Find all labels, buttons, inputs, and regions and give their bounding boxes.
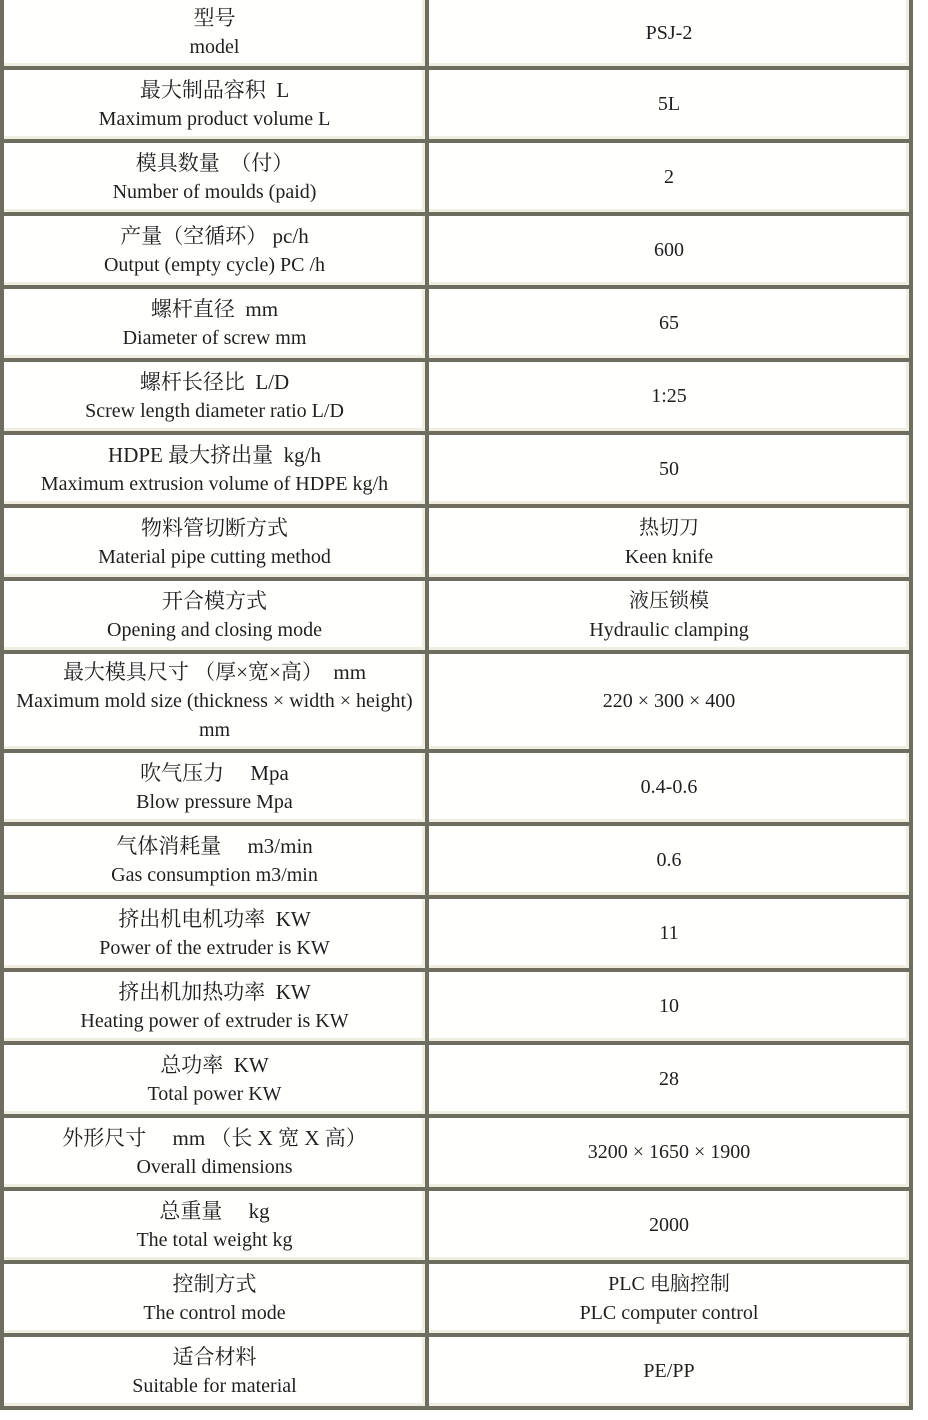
param-label-zh: 产量（空循环） pc/h <box>12 222 417 251</box>
param-label-zh: 最大模具尺寸 （厚×宽×高） mm <box>12 658 417 687</box>
param-cell: 气体消耗量 m3/minGas consumption m3/min <box>2 824 427 897</box>
param-label-zh: 螺杆直径 mm <box>12 295 417 324</box>
spec-sheet: 型号modelPSJ-2最大制品容积 LMaximum product volu… <box>0 0 928 1410</box>
value-line: Keen knife <box>437 543 901 572</box>
param-label-en: Screw length diameter ratio L/D <box>12 397 417 426</box>
param-label-en: Maximum mold size (thickness × width × h… <box>12 687 417 745</box>
table-row: 型号modelPSJ-2 <box>2 0 911 68</box>
table-row: 物料管切断方式Material pipe cutting method热切刀Ke… <box>2 506 911 579</box>
param-label-zh: 型号 <box>12 4 417 33</box>
value-line: PE/PP <box>437 1357 901 1386</box>
value-line: 11 <box>437 919 901 948</box>
table-row: 总功率 KWTotal power KW28 <box>2 1043 911 1116</box>
param-label-zh: 物料管切断方式 <box>12 514 417 543</box>
table-row: 吹气压力 MpaBlow pressure Mpa0.4-0.6 <box>2 751 911 824</box>
param-label-en: Gas consumption m3/min <box>12 861 417 890</box>
param-cell: 产量（空循环） pc/hOutput (empty cycle) PC /h <box>2 214 427 287</box>
value-line: 0.6 <box>437 846 901 875</box>
param-cell: 挤出机加热功率 KWHeating power of extruder is K… <box>2 970 427 1043</box>
value-line: PLC 电脑控制 <box>437 1270 901 1299</box>
table-row: 适合材料Suitable for materialPE/PP <box>2 1335 911 1408</box>
value-cell: 2 <box>427 141 911 214</box>
param-cell: 总重量 kgThe total weight kg <box>2 1189 427 1262</box>
param-cell: HDPE 最大挤出量 kg/hMaximum extrusion volume … <box>2 433 427 506</box>
param-label-en: model <box>12 33 417 62</box>
value-cell: 50 <box>427 433 911 506</box>
param-label-zh: 气体消耗量 m3/min <box>12 832 417 861</box>
value-line: 600 <box>437 236 901 265</box>
table-row: 总重量 kgThe total weight kg2000 <box>2 1189 911 1262</box>
param-label-en: Suitable for material <box>12 1372 417 1401</box>
param-cell: 物料管切断方式Material pipe cutting method <box>2 506 427 579</box>
param-label-en: Opening and closing mode <box>12 616 417 645</box>
param-cell: 适合材料Suitable for material <box>2 1335 427 1408</box>
param-cell: 最大模具尺寸 （厚×宽×高） mmMaximum mold size (thic… <box>2 652 427 751</box>
table-row: 外形尺寸 mm （长 X 宽 X 高）Overall dimensions320… <box>2 1116 911 1189</box>
value-cell: 热切刀Keen knife <box>427 506 911 579</box>
param-cell: 最大制品容积 LMaximum product volume L <box>2 68 427 141</box>
param-label-zh: 挤出机电机功率 KW <box>12 905 417 934</box>
param-cell: 模具数量 （付）Number of moulds (paid) <box>2 141 427 214</box>
spec-table: 型号modelPSJ-2最大制品容积 LMaximum product volu… <box>0 0 913 1410</box>
param-cell: 总功率 KWTotal power KW <box>2 1043 427 1116</box>
param-cell: 开合模方式Opening and closing mode <box>2 579 427 652</box>
param-label-en: Overall dimensions <box>12 1153 417 1182</box>
table-row: 控制方式The control modePLC 电脑控制PLC computer… <box>2 1262 911 1335</box>
param-label-zh: 适合材料 <box>12 1343 417 1372</box>
param-label-zh: 外形尺寸 mm （长 X 宽 X 高） <box>12 1124 417 1153</box>
param-label-zh: 最大制品容积 L <box>12 76 417 105</box>
value-line: 3200 × 1650 × 1900 <box>437 1138 901 1167</box>
param-label-en: Output (empty cycle) PC /h <box>12 251 417 280</box>
table-row: 螺杆长径比 L/DScrew length diameter ratio L/D… <box>2 360 911 433</box>
value-cell: 液压锁模Hydraulic clamping <box>427 579 911 652</box>
param-label-zh: HDPE 最大挤出量 kg/h <box>12 441 417 470</box>
param-label-zh: 控制方式 <box>12 1270 417 1299</box>
param-label-en: Diameter of screw mm <box>12 324 417 353</box>
table-row: HDPE 最大挤出量 kg/hMaximum extrusion volume … <box>2 433 911 506</box>
value-cell: 3200 × 1650 × 1900 <box>427 1116 911 1189</box>
value-line: Hydraulic clamping <box>437 616 901 645</box>
value-cell: 1:25 <box>427 360 911 433</box>
table-row: 最大制品容积 LMaximum product volume L5L <box>2 68 911 141</box>
param-cell: 型号model <box>2 0 427 68</box>
param-cell: 挤出机电机功率 KWPower of the extruder is KW <box>2 897 427 970</box>
param-cell: 控制方式The control mode <box>2 1262 427 1335</box>
value-line: 2 <box>437 163 901 192</box>
param-label-zh: 总功率 KW <box>12 1051 417 1080</box>
param-label-en: Number of moulds (paid) <box>12 178 417 207</box>
value-line: 65 <box>437 309 901 338</box>
value-cell: 2000 <box>427 1189 911 1262</box>
param-label-en: Power of the extruder is KW <box>12 934 417 963</box>
param-label-zh: 总重量 kg <box>12 1197 417 1226</box>
param-label-en: Total power KW <box>12 1080 417 1109</box>
param-label-en: Maximum extrusion volume of HDPE kg/h <box>12 470 417 499</box>
value-line: PLC computer control <box>437 1299 901 1328</box>
value-line: 50 <box>437 455 901 484</box>
table-row: 模具数量 （付）Number of moulds (paid)2 <box>2 141 911 214</box>
param-label-en: Heating power of extruder is KW <box>12 1007 417 1036</box>
table-row: 挤出机电机功率 KWPower of the extruder is KW11 <box>2 897 911 970</box>
value-line: 2000 <box>437 1211 901 1240</box>
param-label-en: The total weight kg <box>12 1226 417 1255</box>
value-cell: 600 <box>427 214 911 287</box>
value-line: 液压锁模 <box>437 587 901 616</box>
param-label-en: Material pipe cutting method <box>12 543 417 572</box>
table-row: 产量（空循环） pc/hOutput (empty cycle) PC /h60… <box>2 214 911 287</box>
param-cell: 螺杆直径 mmDiameter of screw mm <box>2 287 427 360</box>
table-row: 气体消耗量 m3/minGas consumption m3/min0.6 <box>2 824 911 897</box>
table-row: 最大模具尺寸 （厚×宽×高） mmMaximum mold size (thic… <box>2 652 911 751</box>
value-cell: PSJ-2 <box>427 0 911 68</box>
value-cell: 5L <box>427 68 911 141</box>
value-line: 5L <box>437 90 901 119</box>
value-line: 220 × 300 × 400 <box>437 687 901 716</box>
param-label-zh: 模具数量 （付） <box>12 149 417 178</box>
value-cell: PLC 电脑控制PLC computer control <box>427 1262 911 1335</box>
param-cell: 吹气压力 MpaBlow pressure Mpa <box>2 751 427 824</box>
table-row: 开合模方式Opening and closing mode液压锁模Hydraul… <box>2 579 911 652</box>
param-label-zh: 吹气压力 Mpa <box>12 759 417 788</box>
value-line: PSJ-2 <box>437 19 901 48</box>
value-cell: 11 <box>427 897 911 970</box>
value-line: 热切刀 <box>437 514 901 543</box>
param-label-en: Blow pressure Mpa <box>12 788 417 817</box>
value-line: 28 <box>437 1065 901 1094</box>
param-cell: 螺杆长径比 L/DScrew length diameter ratio L/D <box>2 360 427 433</box>
value-cell: 28 <box>427 1043 911 1116</box>
param-cell: 外形尺寸 mm （长 X 宽 X 高）Overall dimensions <box>2 1116 427 1189</box>
value-line: 0.4-0.6 <box>437 773 901 802</box>
param-label-zh: 开合模方式 <box>12 587 417 616</box>
value-cell: PE/PP <box>427 1335 911 1408</box>
table-row: 螺杆直径 mmDiameter of screw mm65 <box>2 287 911 360</box>
value-cell: 0.4-0.6 <box>427 751 911 824</box>
param-label-en: The control mode <box>12 1299 417 1328</box>
value-line: 1:25 <box>437 382 901 411</box>
value-cell: 10 <box>427 970 911 1043</box>
value-line: 10 <box>437 992 901 1021</box>
param-label-zh: 螺杆长径比 L/D <box>12 368 417 397</box>
value-cell: 0.6 <box>427 824 911 897</box>
table-row: 挤出机加热功率 KWHeating power of extruder is K… <box>2 970 911 1043</box>
param-label-zh: 挤出机加热功率 KW <box>12 978 417 1007</box>
value-cell: 65 <box>427 287 911 360</box>
param-label-en: Maximum product volume L <box>12 105 417 134</box>
spec-table-body: 型号modelPSJ-2最大制品容积 LMaximum product volu… <box>2 0 911 1408</box>
value-cell: 220 × 300 × 400 <box>427 652 911 751</box>
